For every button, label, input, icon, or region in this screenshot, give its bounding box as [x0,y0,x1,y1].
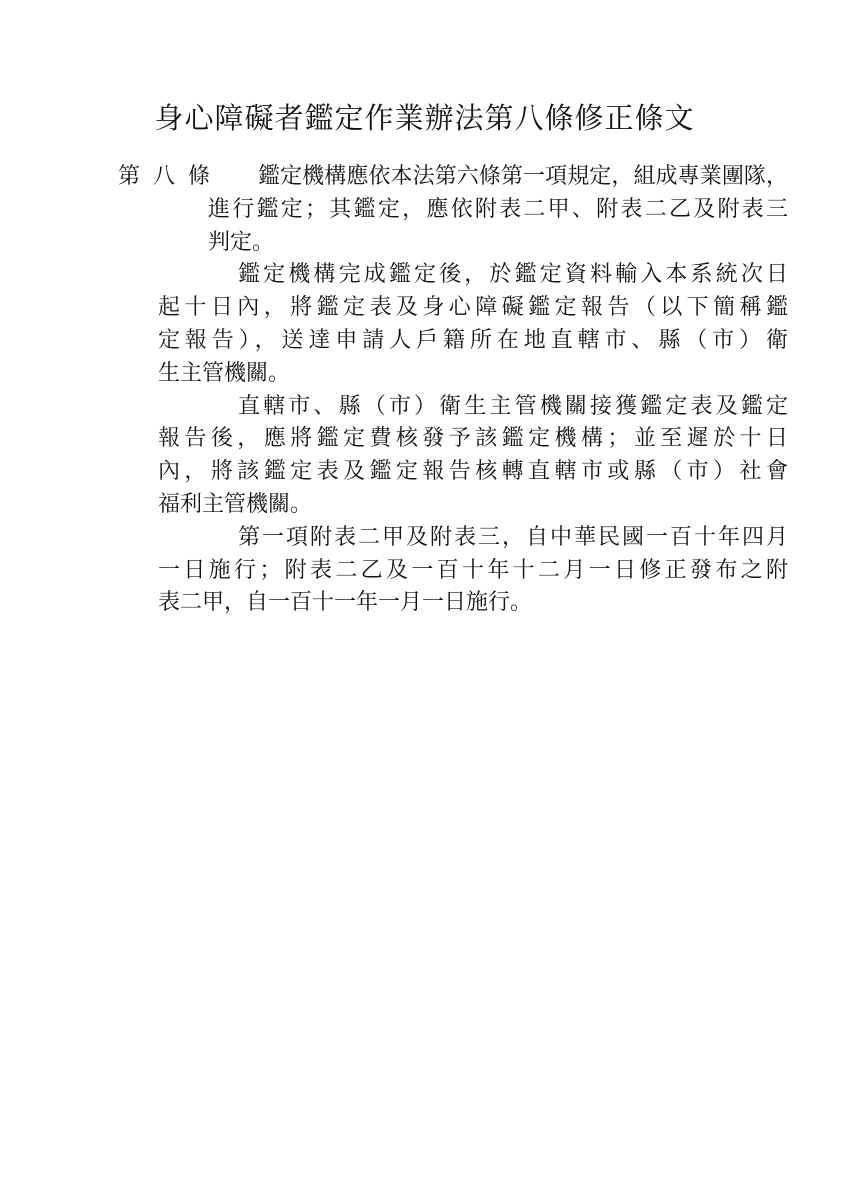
article-body: 第八條 鑑定機構應依本法第六條第一項規定，組成專業團隊， 進行鑑定；其鑑定，應依… [158,160,788,619]
article-paragraph-1: 第八條 鑑定機構應依本法第六條第一項規定，組成專業團隊， 進行鑑定；其鑑定，應依… [208,160,788,258]
article-text-line: 內，將該鑑定表及鑑定報告核轉直轄市或縣（市）社會 [158,455,788,488]
article-text-line: 鑑定機構應依本法第六條第一項規定，組成專業團隊， [208,160,788,193]
article-paragraph-3: 直轄市、縣（市）衛生主管機關接獲鑑定表及鑑定 報告後，應將鑑定費核發予該鑑定機構… [158,390,788,521]
article-text-line: 判定。 [208,226,788,259]
article-text-line: 一日施行；附表二乙及一百十年十二月一日修正發布之附 [158,554,788,587]
article-text-line: 起十日內，將鑑定表及身心障礙鑑定報告（以下簡稱鑑 [158,291,788,324]
article-text-line: 鑑定機構完成鑑定後，於鑑定資料輸入本系統次日 [158,258,788,291]
article-text-line: 進行鑑定；其鑑定，應依附表二甲、附表二乙及附表三 [208,193,788,226]
article-text-line: 福利主管機關。 [158,488,788,521]
article-text-line: 表二甲，自一百十一年一月一日施行。 [158,586,788,619]
article-text-line: 直轄市、縣（市）衛生主管機關接獲鑑定表及鑑定 [158,390,788,423]
article-text-line: 生主管機關。 [158,357,788,390]
article-paragraph-2: 鑑定機構完成鑑定後，於鑑定資料輸入本系統次日 起十日內，將鑑定表及身心障礙鑑定報… [158,258,788,389]
document-title: 身心障礙者鑑定作業辦法第八條修正條文 [0,98,849,140]
article-text-line: 第一項附表二甲及附表三，自中華民國一百十年四月 [158,521,788,554]
article-number: 第八條 [118,160,223,193]
article-text-line: 定報告），送達申請人戶籍所在地直轄市、縣（市）衛 [158,324,788,357]
article-paragraph-4: 第一項附表二甲及附表三，自中華民國一百十年四月 一日施行；附表二乙及一百十年十二… [158,521,788,619]
document-page: 身心障礙者鑑定作業辦法第八條修正條文 第八條 鑑定機構應依本法第六條第一項規定，… [0,0,849,1200]
article-text-line: 報告後，應將鑑定費核發予該鑑定機構；並至遲於十日 [158,422,788,455]
